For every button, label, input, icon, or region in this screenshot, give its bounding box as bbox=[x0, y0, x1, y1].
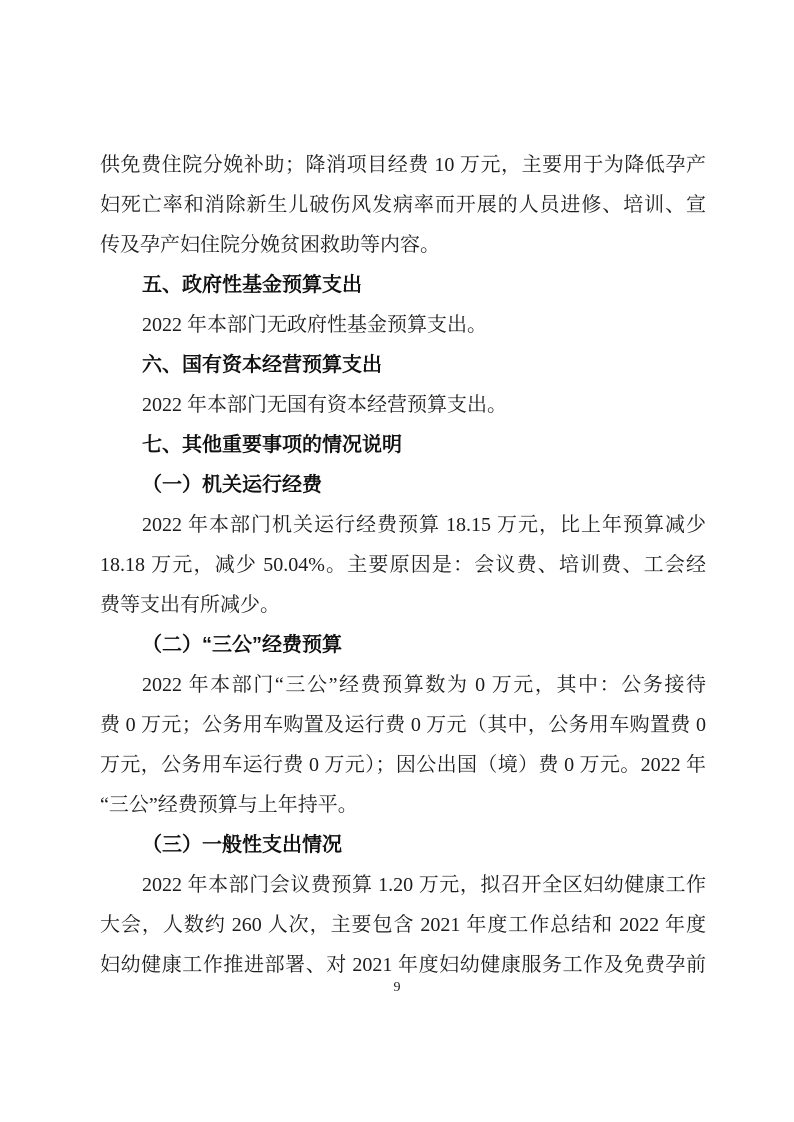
body-line: 供免费住院分娩补助；降消项目经费 10 万元，主要用于为降低孕产 bbox=[100, 145, 706, 185]
body-line: 2022 年本部门无国有资本经营预算支出。 bbox=[100, 385, 706, 425]
page-number: 9 bbox=[0, 974, 794, 1002]
subsection-heading-7-1: （一）机关运行经费 bbox=[100, 465, 706, 505]
body-line: 2022 年本部门机关运行经费预算 18.15 万元，比上年预算减少 bbox=[100, 505, 706, 545]
body-line: 费等支出有所减少。 bbox=[100, 585, 706, 625]
section-heading-6: 六、国有资本经营预算支出 bbox=[100, 345, 706, 385]
body-line: “三公”经费预算与上年持平。 bbox=[100, 785, 706, 825]
subsection-heading-7-3: （三）一般性支出情况 bbox=[100, 825, 706, 865]
body-line: 2022 年本部门会议费预算 1.20 万元，拟召开全区妇幼健康工作 bbox=[100, 865, 706, 905]
section-heading-7: 七、其他重要事项的情况说明 bbox=[100, 425, 706, 465]
body-line: 2022 年本部门无政府性基金预算支出。 bbox=[100, 305, 706, 345]
body-line: 万元，公务用车运行费 0 万元）；因公出国（境）费 0 万元。2022 年 bbox=[100, 745, 706, 785]
body-line: 传及孕产妇住院分娩贫困救助等内容。 bbox=[100, 225, 706, 265]
body-line: 2022 年本部门“三公”经费预算数为 0 万元，其中：公务接待 bbox=[100, 665, 706, 705]
body-line: 费 0 万元；公务用车购置及运行费 0 万元（其中，公务用车购置费 0 bbox=[100, 705, 706, 745]
body-line: 妇死亡率和消除新生儿破伤风发病率而开展的人员进修、培训、宣 bbox=[100, 185, 706, 225]
document-page: 供免费住院分娩补助；降消项目经费 10 万元，主要用于为降低孕产 妇死亡率和消除… bbox=[0, 0, 794, 1122]
body-line: 大会，人数约 260 人次，主要包含 2021 年度工作总结和 2022 年度 bbox=[100, 905, 706, 945]
subsection-heading-7-2: （二）“三公”经费预算 bbox=[100, 625, 706, 665]
document-body: 供免费住院分娩补助；降消项目经费 10 万元，主要用于为降低孕产 妇死亡率和消除… bbox=[100, 145, 706, 985]
section-heading-5: 五、政府性基金预算支出 bbox=[100, 265, 706, 305]
body-line: 18.18 万元，减少 50.04%。主要原因是：会议费、培训费、工会经 bbox=[100, 545, 706, 585]
